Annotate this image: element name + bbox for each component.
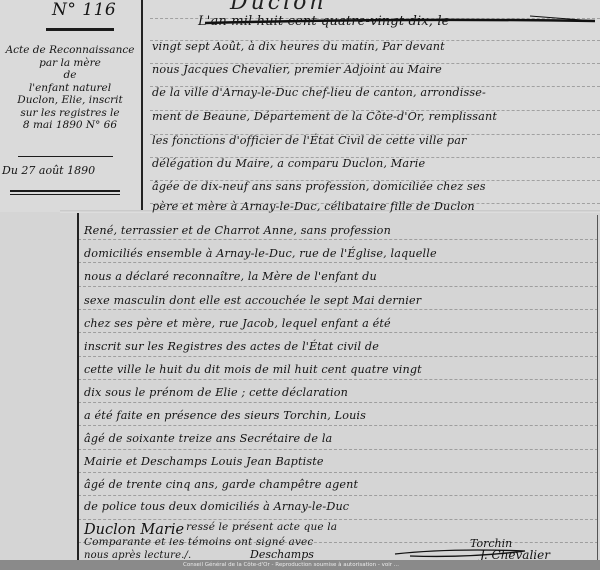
ruled-line xyxy=(78,449,598,450)
entry-number: N° 116 xyxy=(52,0,116,20)
margin-double-rule xyxy=(10,194,120,195)
body-line: âgée de dix-neuf ans sans profession, do… xyxy=(152,180,486,193)
archive-banner-text: Conseil Général de la Côte-d'Or - Reprod… xyxy=(183,560,399,570)
body-line: délégation du Maire, a comparu Duclon, M… xyxy=(152,157,425,170)
body-line: sexe masculin dont elle est accouchée le… xyxy=(84,294,421,307)
body-line: Mairie et Deschamps Louis Jean Baptiste xyxy=(84,455,324,468)
body-line: ment de Beaune, Département de la Côte-d… xyxy=(152,110,497,123)
register-page: N° 116 Acte de Reconnaissance par la mèr… xyxy=(0,0,600,570)
ruled-line xyxy=(78,309,598,310)
ruled-line xyxy=(78,239,598,240)
ruled-line xyxy=(78,332,598,333)
body-line: cette ville le huit du dit mois de mil h… xyxy=(84,363,422,376)
margin-title-line: par la mère xyxy=(2,57,138,70)
body-line: de la ville d'Arnay-le-Duc chef-lieu de … xyxy=(152,86,486,99)
body-line: père et mère à Arnay-le-Duc, célibataire… xyxy=(152,200,475,213)
body-line: domiciliés ensemble à Arnay-le-Duc, rue … xyxy=(84,247,437,260)
body-line: inscrit sur les Registres des actes de l… xyxy=(84,340,379,353)
margin-rule-lower xyxy=(77,213,79,570)
body-line: chez ses père et mère, rue Jacob, lequel… xyxy=(84,317,391,330)
body-line: dix sous le prénom de Elie ; cette décla… xyxy=(84,386,348,399)
margin-rule-upper xyxy=(141,0,143,210)
margin-divider xyxy=(18,156,113,157)
margin-double-rule xyxy=(10,190,120,192)
body-line: nous a déclaré reconnaître, la Mère de l… xyxy=(84,270,377,283)
signature-mother: Duclon Marie xyxy=(82,522,186,538)
margin-title-line: Acte de Reconnaissance xyxy=(2,44,138,57)
ruled-line xyxy=(78,379,598,380)
ruled-line xyxy=(78,425,598,426)
margin-title-line: Duclon, Elie, inscrit xyxy=(2,94,138,107)
ruled-line xyxy=(78,356,598,357)
margin-title-line: l'enfant naturel xyxy=(2,82,138,95)
ruled-line xyxy=(78,262,598,263)
body-line: âgé de trente cinq ans, garde champêtre … xyxy=(84,478,358,491)
body-line: L'an mil huit cent quatre-vingt dix, le xyxy=(198,14,450,29)
margin-title-line: sur les registres le xyxy=(2,107,138,120)
ruled-line xyxy=(78,519,598,520)
ruled-line xyxy=(78,402,598,403)
body-line: a été faite en présence des sieurs Torch… xyxy=(84,409,366,422)
margin-title-line: de xyxy=(2,69,138,82)
ruled-line xyxy=(78,286,598,287)
margin-title: Acte de Reconnaissance par la mère de l'… xyxy=(2,44,138,132)
body-line: âgé de soixante treize ans Secrétaire de… xyxy=(84,432,332,445)
body-line: vingt sept Août, à dix heures du matin, … xyxy=(152,40,445,53)
margin-title-line: 8 mai 1890 N° 66 xyxy=(2,119,138,132)
body-line: les fonctions d'officier de l'État Civil… xyxy=(152,134,467,147)
body-line: de police tous deux domiciliés à Arnay-l… xyxy=(84,500,349,513)
body-line: René, terrassier et de Charrot Anne, san… xyxy=(84,224,391,237)
margin-column: N° 116 Acte de Reconnaissance par la mèr… xyxy=(0,0,140,200)
body-line: nous Jacques Chevalier, premier Adjoint … xyxy=(152,63,442,76)
number-underline xyxy=(46,28,114,31)
page-edge xyxy=(597,215,598,560)
ruled-line xyxy=(78,495,598,496)
heading-name: Duclon xyxy=(230,0,327,15)
act-date: Du 27 août 1890 xyxy=(2,164,95,177)
ruled-line xyxy=(78,472,598,473)
